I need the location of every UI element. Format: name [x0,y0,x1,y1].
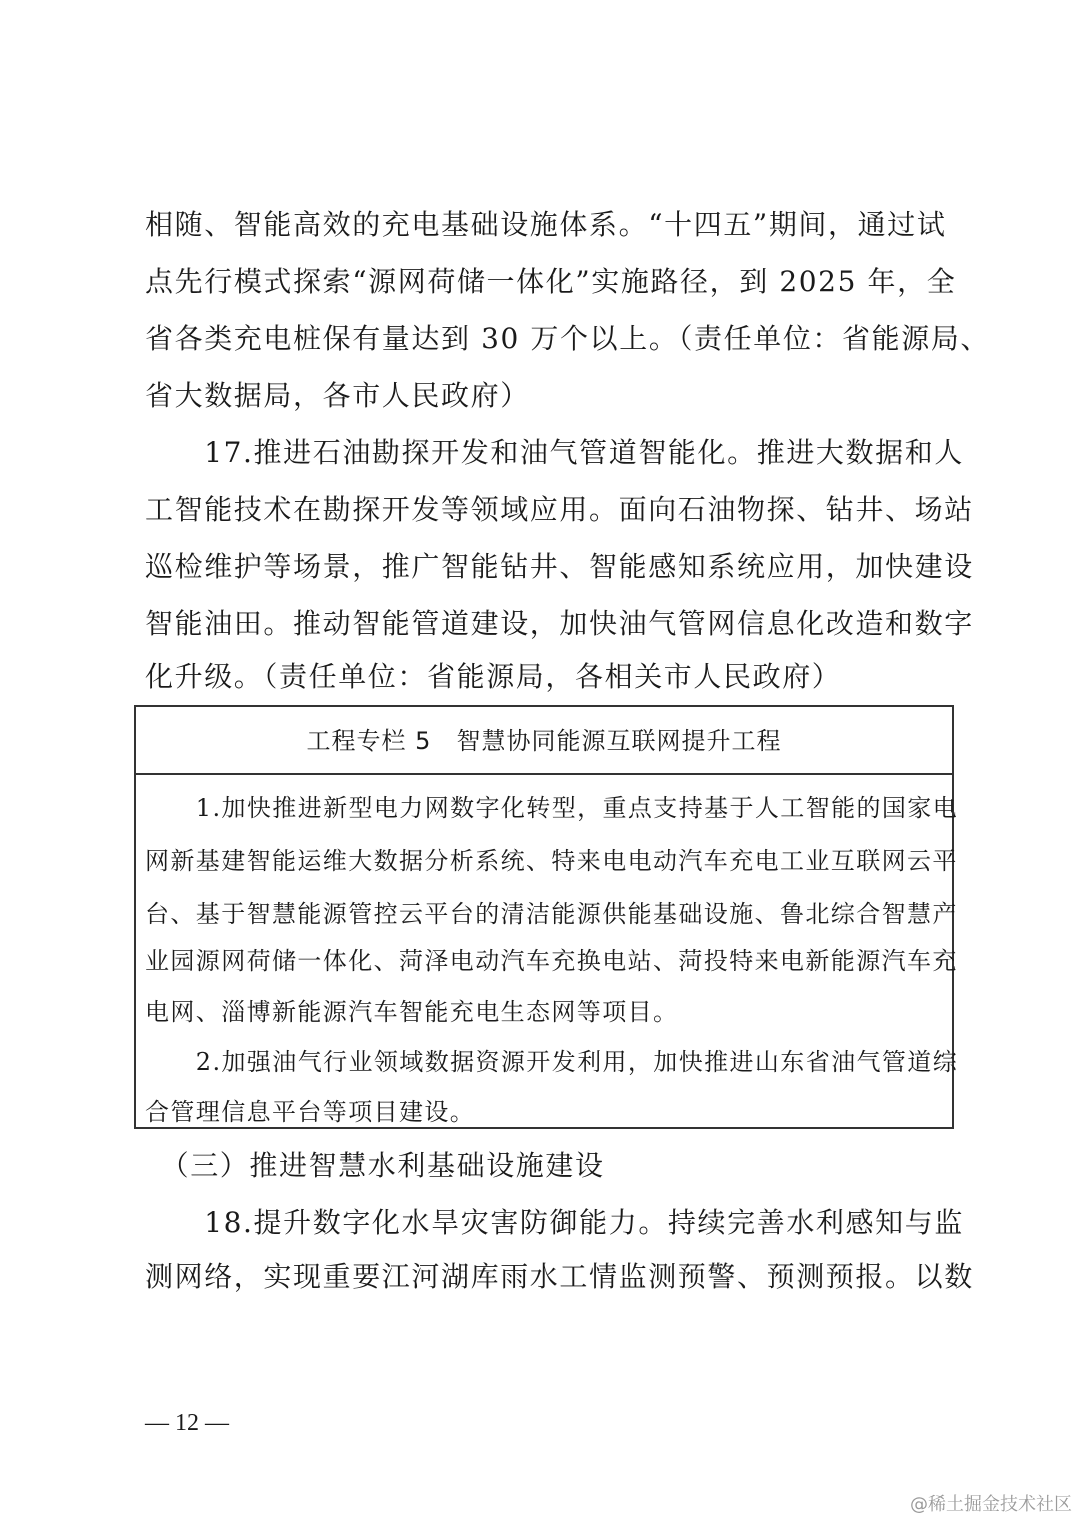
section-heading: （三）推进智慧水利基础设施建设 [145,1146,945,1186]
item-18-line: 测网络，实现重要江河湖库雨水工情监测预警、预测预报。以数 [145,1257,945,1297]
box-line: 台、基于智慧能源管控云平台的清洁能源供能基础设施、鲁北综合智慧产 [145,896,945,932]
page-number: — 12 — [145,1410,229,1437]
item-17-line: 17.推进石油勘探开发和油气管道智能化。推进大数据和人 [145,433,945,473]
item-17-line: 化升级。（责任单位：省能源局，各相关市人民政府） [145,657,945,697]
item-17-line: 工智能技术在勘探开发等领域应用。面向石油物探、钻井、场站 [145,490,945,530]
body-line: 点先行模式探索“源网荷储一体化”实施路径，到 2025 年，全 [145,262,945,302]
box-line: 业园源网荷储一体化、菏泽电动汽车充换电站、菏投特来电新能源汽车充 [145,943,945,979]
body-line: 省各类充电桩保有量达到 30 万个以上。（责任单位：省能源局、 [145,319,945,359]
body-line: 省大数据局，各市人民政府） [145,376,945,416]
item-17-line: 智能油田。推动智能管道建设，加快油气管网信息化改造和数字 [145,604,945,644]
box-line: 网新基建智能运维大数据分析系统、特来电电动汽车充电工业互联网云平 [145,843,945,879]
body-line: 相随、智能高效的充电基础设施体系。“十四五”期间，通过试 [145,205,945,245]
box-title: 工程专栏 5 智慧协同能源互联网提升工程 [136,707,952,775]
box-line: 合管理信息平台等项目建设。 [145,1094,945,1130]
box-line: 电网、淄博新能源汽车智能充电生态网等项目。 [145,994,945,1030]
item-18-line: 18.提升数字化水旱灾害防御能力。持续完善水利感知与监 [145,1203,945,1243]
item-17-line: 巡检维护等场景，推广智能钻井、智能感知系统应用，加快建设 [145,547,945,587]
box-line: 2.加强油气行业领域数据资源开发利用，加快推进山东省油气管道综 [145,1044,945,1080]
box-line: 1.加快推进新型电力网数字化转型，重点支持基于人工智能的国家电 [145,790,945,826]
watermark: @稀土掘金技术社区 [910,1490,1072,1516]
